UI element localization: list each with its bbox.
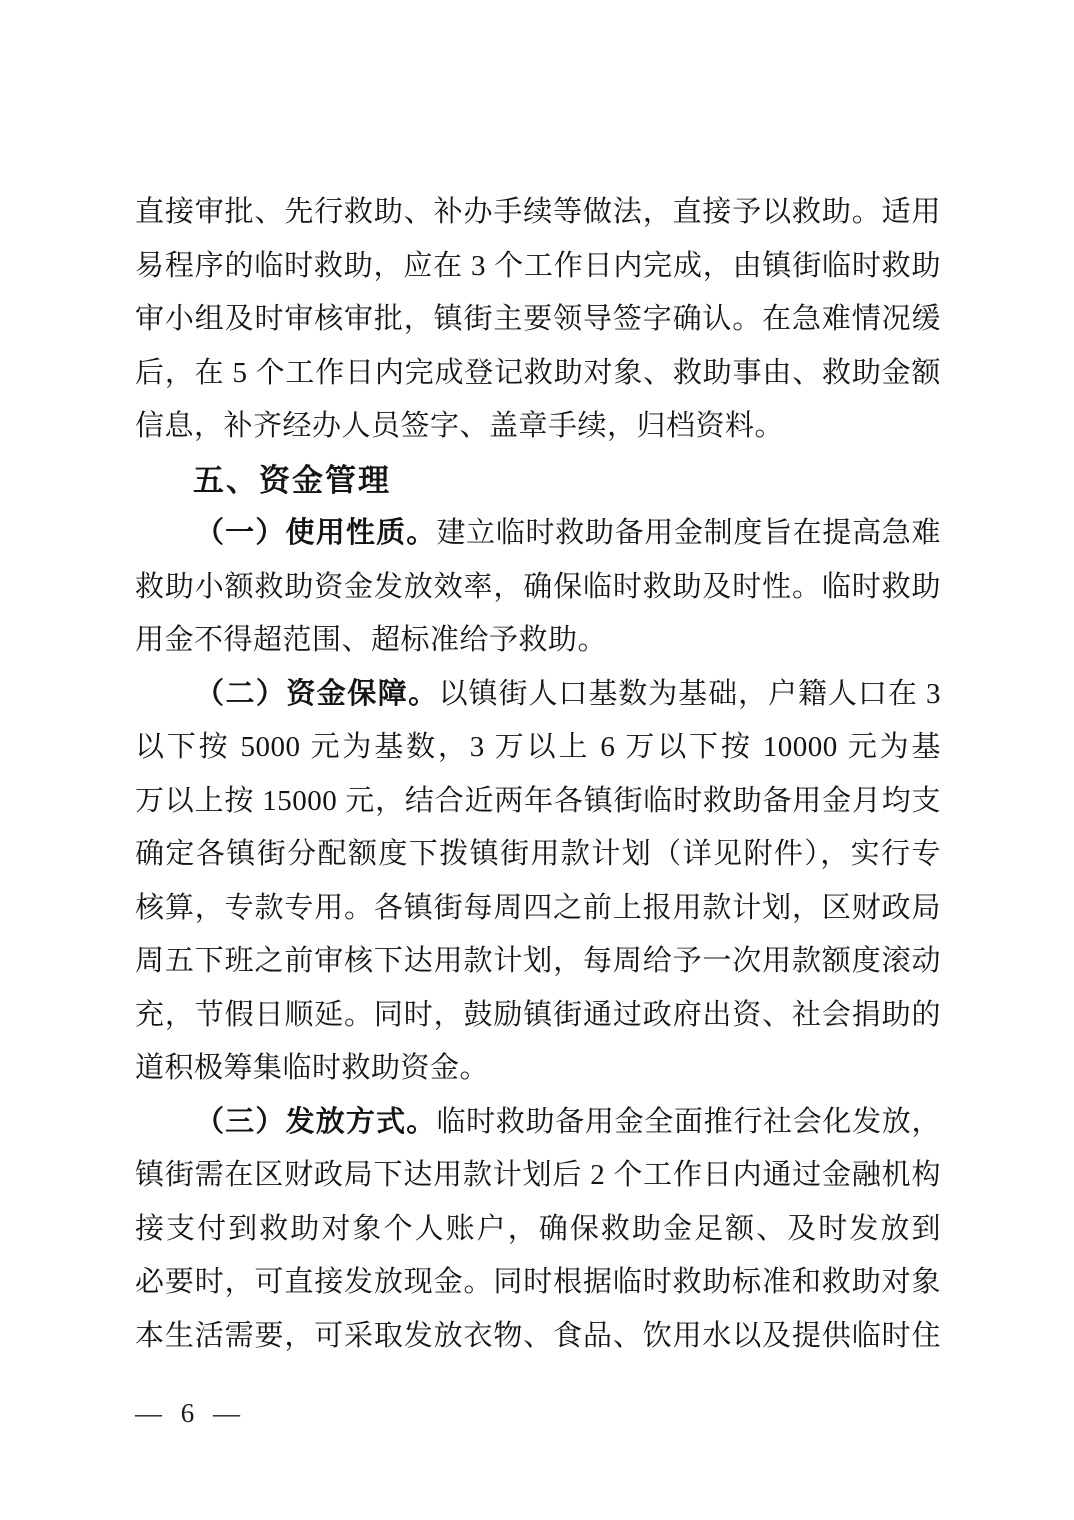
text-line: （三）发放方式。临时救助备用金全面推行社会化发放，各 — [135, 1096, 941, 1150]
subsection-lead: （二）资金保障。 — [195, 678, 439, 710]
text-line: 直接审批、先行救助、补办手续等做法，直接予以救助。适用简 — [135, 186, 941, 240]
text-line: （一）使用性质。建立临时救助备用金制度旨在提高急难型 — [135, 507, 941, 561]
document-page: 直接审批、先行救助、补办手续等做法，直接予以救助。适用简 易程序的临时救助，应在… — [0, 0, 1074, 1520]
subsection-lead: （三）发放方式。 — [195, 1106, 437, 1138]
text-line: 易程序的临时救助，应在 3 个工作日内完成，由镇街临时救助评 — [135, 240, 941, 294]
text-line: 充，节假日顺延。同时，鼓励镇街通过政府出资、社会捐助的渠 — [135, 989, 941, 1043]
section-heading: 五、资金管理 — [135, 454, 941, 508]
text-line: 本生活需要，可采取发放衣物、食品、饮用水以及提供临时住所 — [135, 1310, 941, 1364]
text-line: 周五下班之前审核下达用款计划，每周给予一次用款额度滚动补 — [135, 935, 941, 989]
text-line: 道积极筹集临时救助资金。 — [135, 1042, 941, 1096]
text-line: （二）资金保障。以镇街人口基数为基础，户籍人口在 3 万 — [135, 668, 941, 722]
text-line: 镇街需在区财政局下达用款计划后 2 个工作日内通过金融机构直 — [135, 1149, 941, 1203]
document-body: 直接审批、先行救助、补办手续等做法，直接予以救助。适用简 易程序的临时救助，应在… — [135, 186, 941, 1363]
text-line: 用金不得超范围、超标准给予救助。 — [135, 614, 941, 668]
text-line: 救助小额救助资金发放效率，确保临时救助及时性。临时救助备 — [135, 561, 941, 615]
text-line: 万以上按 15000 元，结合近两年各镇街临时救助备用金月均支出 — [135, 775, 941, 829]
text-line: 必要时，可直接发放现金。同时根据临时救助标准和救助对象基 — [135, 1256, 941, 1310]
text-line: 信息，补齐经办人员签字、盖章手续，归档资料。 — [135, 400, 941, 454]
text-line: 审小组及时审核审批，镇街主要领导签字确认。在急难情况缓解 — [135, 293, 941, 347]
text-line: 确定各镇街分配额度下拨镇街用款计划（详见附件），实行专账 — [135, 828, 941, 882]
text-line: 后，在 5 个工作日内完成登记救助对象、救助事由、救助金额等 — [135, 347, 941, 401]
text-line: 以下按 5000 元为基数，3 万以上 6 万以下按 10000 元为基数，6 — [135, 721, 941, 775]
text-line: 核算，专款专用。各镇街每周四之前上报用款计划，区财政局每 — [135, 882, 941, 936]
page-number: — 6 — — [135, 1393, 246, 1433]
subsection-lead: （一）使用性质。 — [195, 517, 437, 549]
text-line: 接支付到救助对象个人账户，确保救助金足额、及时发放到位。 — [135, 1203, 941, 1257]
